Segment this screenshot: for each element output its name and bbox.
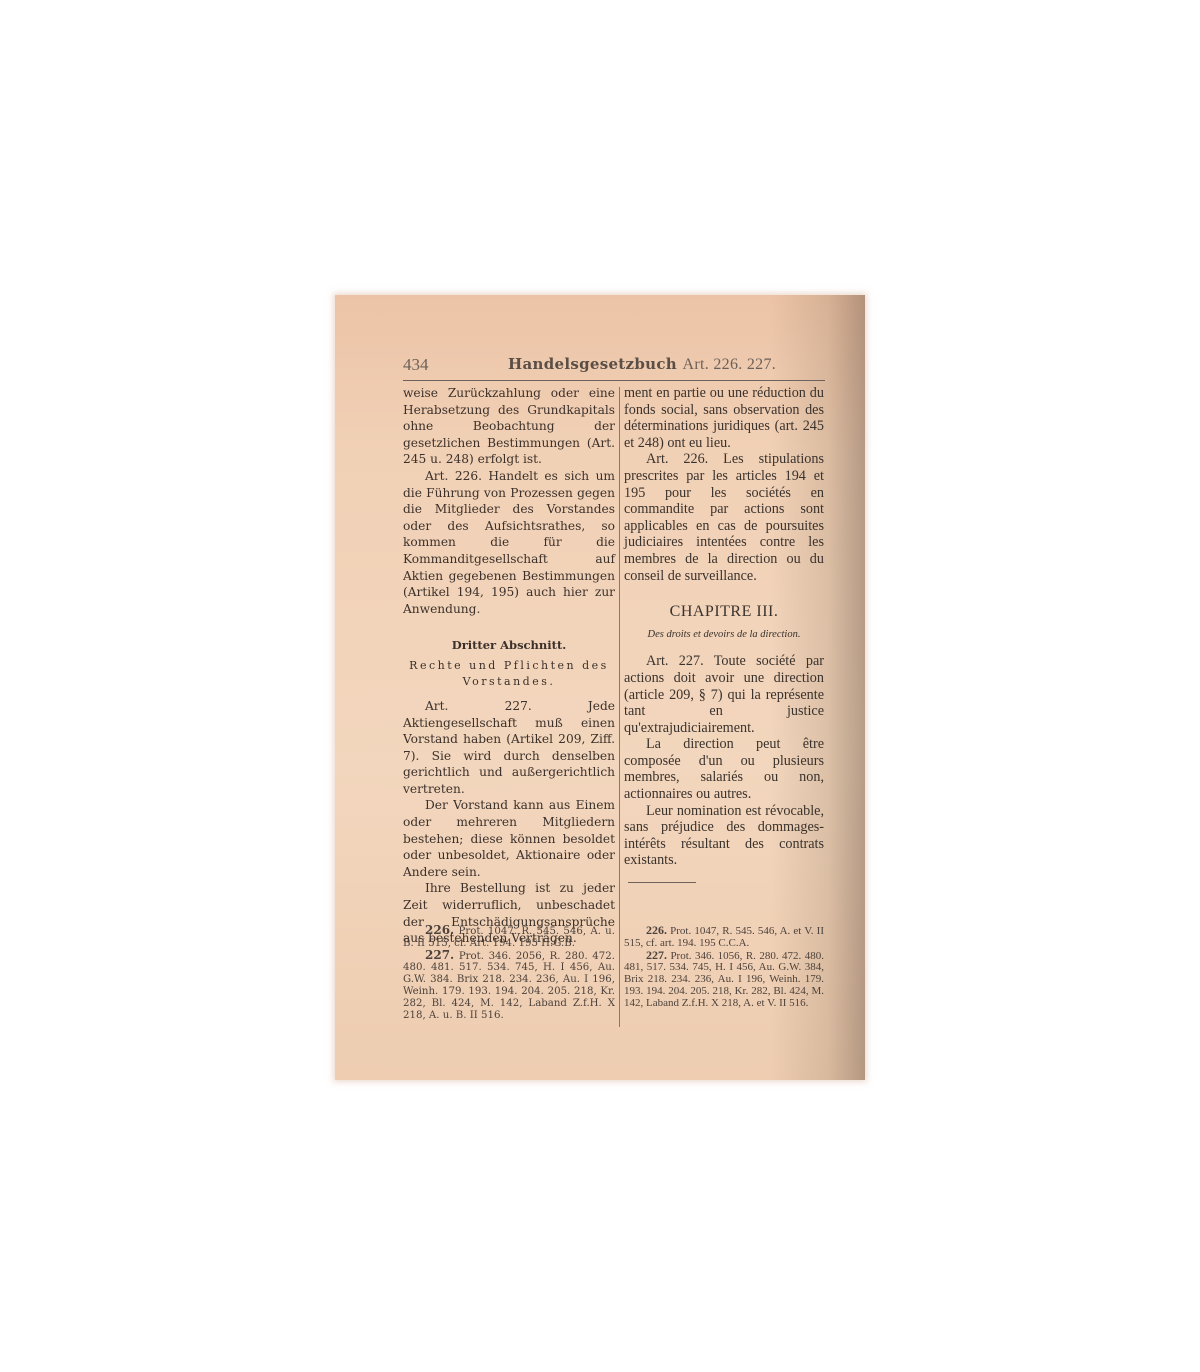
footnote: 227. Prot. 346. 1056, R. 280. 472. 480. … (624, 950, 824, 1010)
german-column: weise Zurückzahlung oder eine Herabsetzu… (403, 385, 615, 947)
footnote: 226. Prot. 1047. R. 545. 546, A. u. B. I… (403, 925, 615, 950)
chapter-subheading: Des droits et devoirs de la direction. (624, 627, 824, 644)
section-heading: Dritter Abschnitt. (403, 637, 615, 654)
paragraph: La direction peut être composée d'un ou … (624, 736, 824, 802)
paragraph-art-227: Art. 227. Toute société par actions doit… (624, 653, 824, 736)
paragraph: ment en partie ou une réduction du fonds… (624, 385, 824, 451)
paragraph-art-227: Art. 227. Jede Aktiengesellschaft muß ei… (403, 698, 615, 798)
german-footnotes: 226. Prot. 1047. R. 545. 546, A. u. B. I… (403, 925, 615, 1021)
header-rule (403, 380, 825, 381)
footnote-number: 227. (646, 948, 667, 962)
page-number: 434 (403, 355, 429, 375)
page-header: 434 Handelsgesetzbuch Art. 226. 227. (403, 355, 823, 379)
footnote: 226. Prot. 1047, R. 545. 546, A. et V. I… (624, 925, 824, 950)
paragraph-art-226: Art. 226. Les stipulations prescrites pa… (624, 451, 824, 584)
paragraph-art-226: Art. 226. Handelt es sich um die Führung… (403, 468, 615, 617)
paragraph: Leur nomination est révocable, sans préj… (624, 803, 824, 869)
footnote-separator-rule (628, 882, 696, 883)
footnote-number: 226. (646, 923, 667, 937)
section-subheading: Rechte und Pflichten des Vorstandes. (403, 658, 615, 690)
french-footnotes: 226. Prot. 1047, R. 545. 546, A. et V. I… (624, 925, 824, 1010)
column-divider (619, 387, 620, 1027)
footnote-number: 227. (425, 948, 454, 962)
running-head: Handelsgesetzbuch Art. 226. 227. (508, 355, 776, 374)
french-column: ment en partie ou une réduction du fonds… (624, 385, 824, 869)
footnote: 227. Prot. 346. 2056, R. 280. 472. 480. … (403, 950, 615, 1022)
running-head-article-ref: Art. 226. 227. (683, 356, 777, 373)
paragraph: Der Vorstand kann aus Einem oder mehrere… (403, 797, 615, 880)
running-head-title: Handelsgesetzbuch (508, 355, 677, 373)
chapter-heading: CHAPITRE III. (624, 604, 824, 621)
footnote-number: 226. (425, 923, 454, 937)
paragraph: weise Zurückzahlung oder eine Herabsetzu… (403, 385, 615, 468)
book-page: 434 Handelsgesetzbuch Art. 226. 227. wei… (335, 295, 865, 1080)
